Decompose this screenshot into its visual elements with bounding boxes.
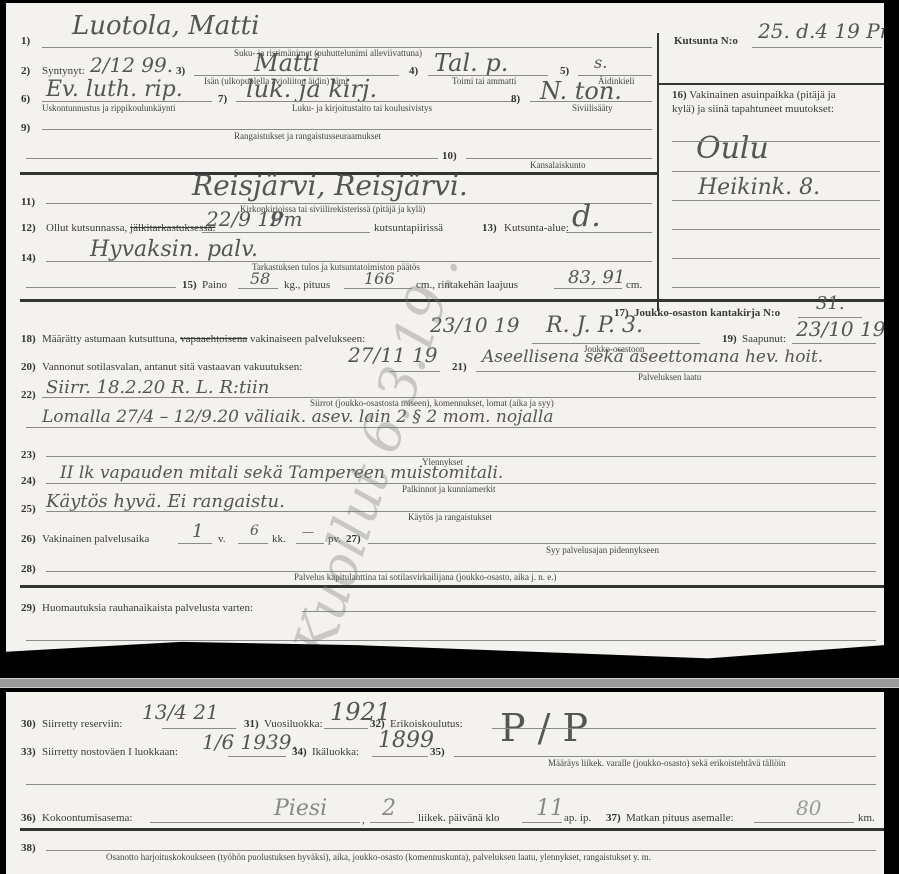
field-10-caption: Kansalaiskunto [530, 160, 586, 170]
field-2-number: 2) [21, 65, 30, 77]
field-38-line [46, 850, 876, 851]
field-22-line-2 [26, 427, 876, 428]
field-30-number: 30) [21, 718, 36, 730]
field-15-cm2-label: cm. [626, 279, 642, 291]
field-1-value: Luotola, Matti [72, 11, 259, 41]
field-28-number: 28) [21, 563, 36, 575]
kutsunta-line [752, 47, 882, 48]
field-7-line [236, 101, 516, 102]
kutsunta-value: 25. d.4 19 Pm [758, 19, 899, 43]
field-15-chest-value: 83, 91 [568, 267, 625, 288]
field-8-number: 8) [511, 93, 520, 105]
field-12-label: Ollut kutsunnassa, jälkitarkastuksessa: [46, 222, 216, 234]
field-25-number: 25) [21, 503, 36, 515]
field-16-line-6 [672, 287, 880, 288]
field-30-line [162, 728, 236, 729]
field-26-years-line [178, 543, 212, 544]
field-20-number: 20) [21, 361, 36, 373]
field-18-label: Määrätty astumaan kutsuttuna, vapaaehtoi… [42, 333, 365, 345]
field-12-place-value: Pm [270, 207, 302, 231]
field-13-number: 13) [482, 222, 497, 234]
field-16-value-line1: Oulu [696, 131, 769, 166]
field-29-label: Huomautuksia rauhanaikaista palvelusta v… [42, 602, 253, 614]
field-15-weight-value: 58 [250, 269, 270, 288]
field-16-label-line1: 16) Vakinainen asuinpaikka (pitäjä ja [672, 89, 836, 101]
field-35-caption: Määräys liikek. varalle (joukko-osasto) … [548, 758, 786, 768]
field-29-line [302, 611, 876, 612]
field-15-chest-line [554, 288, 622, 289]
field-2-value: 2/12 99. [90, 53, 173, 77]
field-24-number: 24) [21, 475, 36, 487]
field-29-line-2 [26, 640, 876, 641]
field-27-line [368, 543, 876, 544]
field-36-day-line [370, 822, 414, 823]
field-6-caption: Uskontunnustus ja rippikoulunkäynti [42, 103, 176, 113]
field-6-value: Ev. luth. rip. [46, 77, 183, 102]
field-19-number: 19) [722, 333, 737, 345]
field-23-number: 23) [21, 449, 36, 461]
field-12-number: 12) [21, 222, 36, 234]
section-divider-3 [20, 585, 884, 588]
field-26-months-line [238, 543, 268, 544]
field-24-caption: Palkinnot ja kunniamerkit [402, 484, 496, 494]
field-14-caption: Tarkastuksen tulos ja kutsuntatoimiston … [252, 262, 420, 272]
field-34-value: 1899 [378, 728, 434, 753]
field-13-line [566, 232, 652, 233]
field-22-value-line2: Lomalla 27/4 – 12/9.20 väliaik. asev. la… [42, 407, 554, 427]
field-11-number: 11) [21, 196, 35, 208]
field-36-station-line [150, 822, 360, 823]
registry-card-front: 1) Luotola, Matti Suku- ja ristimänimet … [6, 3, 884, 665]
kutsunta-label: Kutsunta N:o [674, 35, 738, 47]
field-6-line [42, 101, 212, 102]
field-36-ampm-label: ap. ip. [564, 812, 591, 824]
field-34-number: 34) [292, 746, 307, 758]
field-9-number: 9) [21, 122, 30, 134]
field-30-value: 13/4 21 [142, 700, 219, 724]
field-14-value: Hyvaksin. palv. [90, 237, 258, 262]
field-17-value: 31. [816, 293, 845, 314]
field-33-value: 1/6 1939. [202, 730, 298, 754]
field-16-line-1 [672, 141, 880, 142]
field-38-caption: Osanotto harjoituskokoukseen (työhön puo… [106, 852, 651, 862]
field-34-line [372, 756, 428, 757]
field-16-line-2 [672, 171, 880, 172]
field-26-months: 6 [250, 523, 259, 539]
field-36-label: Kokoontumisasema: [42, 812, 132, 824]
field-9-line [42, 129, 652, 130]
field-15-weight-label: Paino [202, 279, 227, 291]
field-20-label: Vannonut sotilasvalan, antanut sitä vast… [42, 361, 302, 373]
field-21-value: Aseellisena sekä aseettomana hev. hoit. [482, 347, 823, 367]
field-31-label: Vuosiluokka: [264, 718, 323, 730]
field-24-value: II lk vapauden mitali sekä Tampereen mui… [60, 463, 503, 483]
field-30-label: Siirretty reserviin: [42, 718, 122, 730]
card-separator [0, 678, 899, 688]
field-8-caption: Siviilisääty [572, 103, 613, 113]
field-26-days: — [302, 525, 314, 539]
field-16-line-3 [672, 200, 880, 201]
field-26-unit-v: v. [218, 533, 226, 545]
field-15-height-value: 166 [364, 269, 395, 288]
field-19-line [792, 343, 876, 344]
right-column-divider [657, 33, 659, 311]
field-25-caption: Käytös ja rangaistukset [408, 512, 492, 522]
field-8-line [530, 101, 652, 102]
field-7-value: luk. ja kirj. [246, 75, 377, 103]
kutsunta-divider [657, 83, 884, 85]
field-9-caption: Rangaistukset ja rangaistusseuraamukset [234, 131, 381, 141]
diagonal-stamp-annotation: Kuollut 6.3.19.. [281, 245, 471, 665]
field-21-number: 21) [452, 361, 467, 373]
field-37-unit: km. [858, 812, 875, 824]
field-26-number: 26) [21, 533, 36, 545]
field-12-suffix: kutsuntapiirissä [374, 222, 443, 234]
field-36-time-value: 11 [536, 796, 564, 821]
field-22-number: 22) [21, 389, 36, 401]
section-divider-4 [20, 828, 884, 831]
field-7-number: 7) [218, 93, 227, 105]
field-4-value: Tal. p. [434, 49, 508, 77]
field-14-number: 14) [21, 252, 36, 264]
field-6-number: 6) [21, 93, 30, 105]
field-5-value: s. [594, 53, 607, 72]
field-4-caption: Toimi tai ammatti [452, 76, 516, 86]
field-38-number: 38) [21, 842, 36, 854]
field-10-left-line [26, 158, 438, 159]
field-21-caption: Palveluksen laatu [638, 372, 701, 382]
field-27-caption: Syy palvelusajan pidennykseen [546, 545, 659, 555]
field-34-label: Ikäluokka: [312, 746, 359, 758]
field-33-line [228, 756, 286, 757]
field-12-line [202, 232, 370, 233]
field-3-value: Matti [254, 49, 320, 77]
field-13-value: d. [572, 199, 601, 234]
field-25-value: Käytös hyvä. Ei rangaistu. [46, 491, 285, 512]
field-16-value-line2: Heikink. 8. [698, 175, 820, 200]
field-15-kg-label: kg., pituus [284, 279, 330, 291]
field-36-time-line [522, 822, 562, 823]
field-36-number: 36) [21, 812, 36, 824]
field-36-station-value: Piesi [274, 796, 327, 821]
field-19-label: Saapunut: [742, 333, 786, 345]
field-29-number: 29) [21, 602, 36, 614]
field-16-line-5 [672, 258, 880, 259]
field-11-value: Reisjärvi, Reisjärvi. [192, 169, 468, 202]
field-16-label-line2: kylä) ja siinä tapahtuneet muutokset: [672, 103, 834, 115]
field-7-caption: Luku- ja kirjoitustaito tai koulusivisty… [292, 103, 432, 113]
field-16-line-4 [672, 229, 880, 230]
field-5-number: 5) [560, 65, 569, 77]
field-37-line [754, 822, 854, 823]
field-35-line-2 [26, 784, 876, 785]
field-10-number: 10) [442, 150, 457, 162]
field-35-line [454, 756, 876, 757]
field-4-number: 4) [409, 65, 418, 77]
field-18-unit-value: R. J. P. 3. [546, 313, 643, 338]
field-26-label: Vakinainen palvelusaika [42, 533, 149, 545]
field-33-number: 33) [21, 746, 36, 758]
field-36-day-value: 2 [382, 796, 396, 821]
field-37-label: Matkan pituus asemalle: [626, 812, 734, 824]
field-22-value-line1: Siirr. 18.2.20 R. L. R:tiin [46, 377, 269, 398]
field-19-value: 23/10 19. [796, 317, 892, 341]
field-1-number: 1) [21, 35, 30, 47]
field-13-label: Kutsunta-alue: [504, 222, 569, 234]
field-26-years: 1 [192, 521, 203, 542]
field-36-day-label: liikek. päivänä klo [418, 812, 500, 824]
registry-card-back: 30) Siirretty reserviin: 13/4 21 31) Vuo… [6, 692, 884, 874]
field-18-number: 18) [21, 333, 36, 345]
field-26-unit-kk: kk. [272, 533, 286, 545]
field-15-weight-line [238, 288, 278, 289]
field-32-line [492, 728, 876, 729]
field-17-label: Joukko-osaston kantakirja N:o [634, 307, 780, 319]
field-3-number: 3) [176, 65, 185, 77]
field-35-number: 35) [430, 746, 445, 758]
field-31-number: 31) [244, 718, 259, 730]
field-33-label: Siirretty nostoväen I luokkaan: [42, 746, 178, 758]
field-31-line [324, 728, 368, 729]
comma: , [362, 814, 365, 826]
field-37-value: 80 [796, 796, 821, 820]
field-10-line [466, 158, 652, 159]
field-15-left-line [26, 287, 176, 288]
field-15-number: 15) [182, 279, 197, 291]
field-37-number: 37) [606, 812, 621, 824]
field-2-label: Syntynyt: [42, 65, 85, 77]
